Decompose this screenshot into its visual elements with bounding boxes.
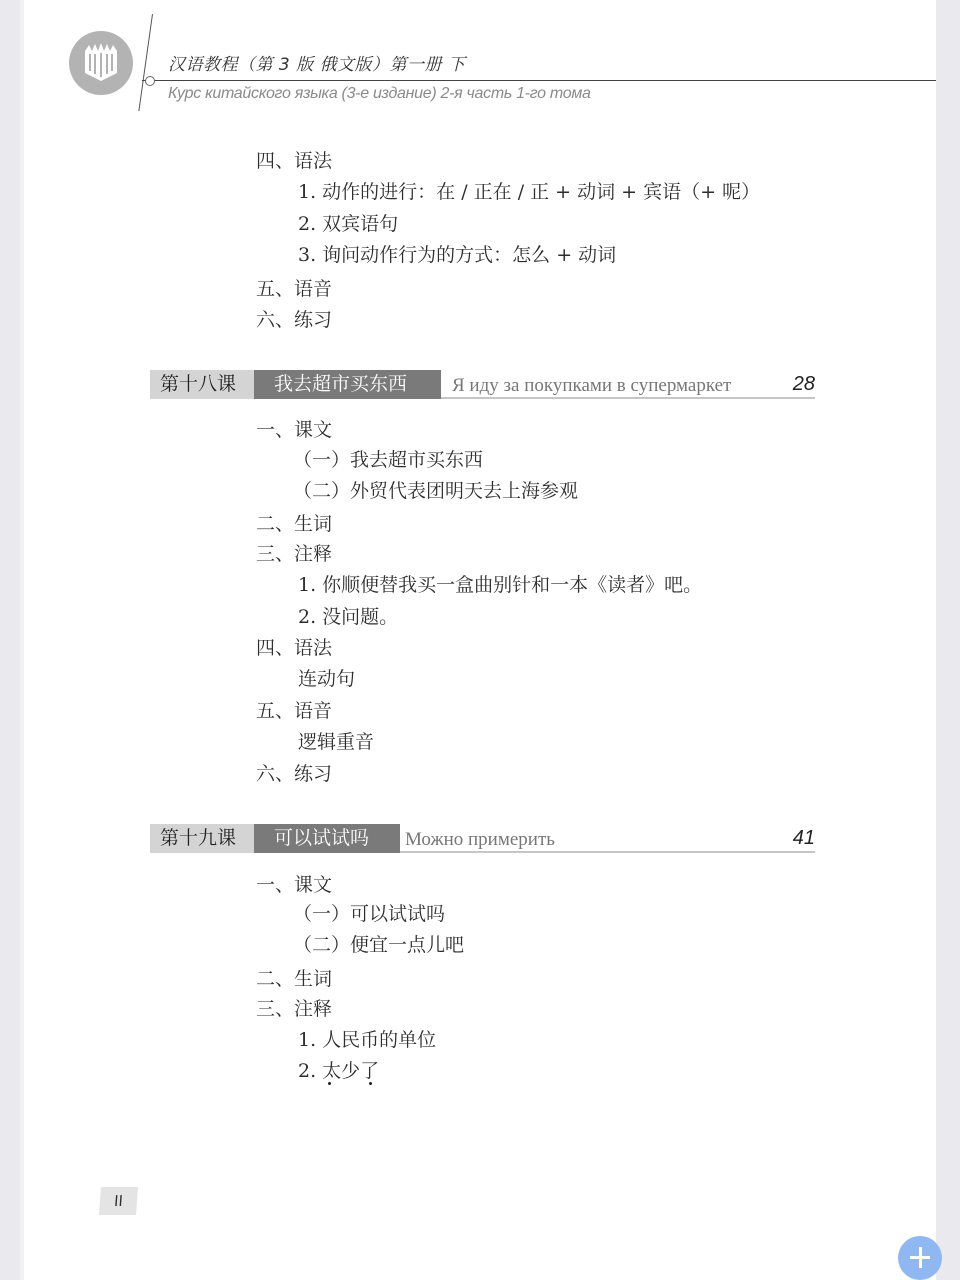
toc-subitem: 连动句 (298, 664, 355, 691)
lesson-18-heading[interactable]: 第十八课 我去超市买东西 Я иду за покупками в суперм… (150, 370, 815, 399)
toc-subitem: （一）我去超市买东西 (293, 445, 483, 472)
book-title-cn: 汉语教程（第 3 版 俄文版）第一册 下 (168, 50, 465, 75)
toc-section: 四、语法 (256, 633, 332, 660)
toc-section: 五、语音 (256, 696, 332, 723)
toc-subitem: 1. 你顺便替我买一盒曲别针和一本《读者》吧。 (298, 570, 702, 597)
toc-section: 六、练习 (256, 305, 332, 332)
book-crown-icon (83, 43, 119, 83)
toc-section: 二、生词 (256, 964, 332, 991)
toc-subitem: （二）便宜一点儿吧 (293, 930, 464, 957)
toc-subitem: 逻辑重音 (298, 727, 374, 754)
toc-section: 二、生词 (256, 509, 332, 536)
toc-subitem: 2. 双宾语句 (298, 209, 398, 236)
toc-section: 三、注释 (256, 539, 332, 566)
lesson-number: 第十九课 (150, 824, 254, 853)
toc-subitem: 2. 没问题。 (298, 602, 398, 629)
toc-section: 五、语音 (256, 274, 332, 301)
lesson-number: 第十八课 (150, 370, 254, 399)
toc-subitem: 3. 询问动作行为的方式：怎么 + 动词 (298, 240, 616, 267)
emphasis-dot (369, 1082, 372, 1085)
lesson-title-ru: Я иду за покупками в супермаркет (452, 372, 731, 399)
header-rule (142, 80, 936, 81)
toc-subitem: 1. 动作的进行：在 / 正在 / 正 + 动词 + 宾语（+ 呢） (298, 177, 760, 204)
toc-section: 一、课文 (256, 870, 332, 897)
header-rule-knob (145, 76, 155, 86)
lesson-page-number: 28 (793, 370, 815, 399)
lesson-title-cn: 我去超市买东西 (254, 370, 441, 399)
lesson-page-number: 41 (793, 824, 815, 853)
toc-subitem: （一）可以试试吗 (293, 899, 445, 926)
lesson-title-cn: 可以试试吗 (254, 824, 400, 853)
book-title-ru: Курс китайского языка (3-е издание) 2-я … (168, 85, 591, 103)
toc-subitem: 1. 人民币的单位 (298, 1025, 436, 1052)
add-fab-button[interactable] (898, 1236, 942, 1280)
toc-section: 一、课文 (256, 415, 332, 442)
toc-subitem: 2. 太少了 (298, 1056, 379, 1083)
publisher-logo (69, 31, 133, 95)
toc-section: 四、语法 (256, 146, 332, 173)
toc-section: 三、注释 (256, 994, 332, 1021)
lesson-title-ru: Можно примерить (405, 826, 555, 853)
toc-subitem: （二）外贸代表团明天去上海参观 (293, 476, 578, 503)
emphasis-dot (328, 1082, 331, 1085)
toc-section: 六、练习 (256, 759, 332, 786)
page-folio: II (99, 1187, 138, 1215)
lesson-19-heading[interactable]: 第十九课 可以试试吗 Можно примерить 41 (150, 824, 815, 853)
